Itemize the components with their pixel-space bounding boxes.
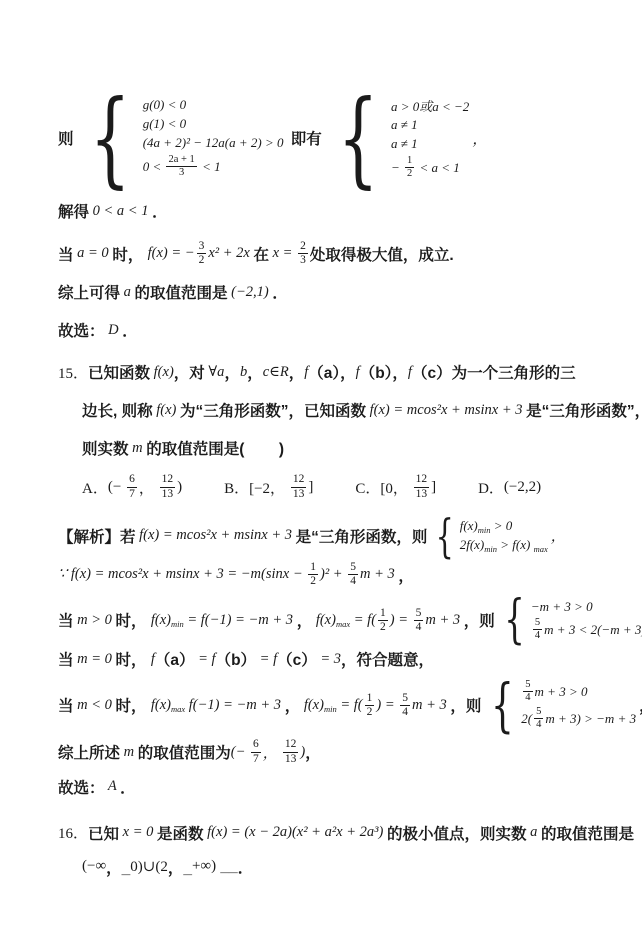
numerator: 5	[533, 617, 542, 630]
math-run: f(x)	[312, 612, 336, 629]
cases-rows: f(x)min > 0 2f(x)min > f(x) max	[460, 518, 548, 554]
text-run: 即有	[287, 127, 322, 149]
math-run: m + 3	[412, 697, 450, 714]
denominator: 7	[127, 488, 137, 501]
punct: ，	[472, 128, 487, 149]
fraction: 67	[251, 738, 261, 765]
math-run: m	[129, 440, 147, 457]
math-run: c∈R	[263, 364, 289, 381]
denominator: 13	[414, 488, 430, 501]
math-run: )² +	[320, 566, 346, 583]
math-run: < a < 1	[416, 160, 460, 176]
fraction: 32	[197, 240, 207, 267]
math-run: f(x) = mcos²x + msinx + 3	[136, 527, 296, 544]
math-run: = 3	[317, 651, 341, 668]
math-run: x =	[269, 245, 296, 262]
fraction: 12	[308, 561, 318, 588]
math-run: f(x)	[151, 697, 171, 714]
punct: ，	[289, 361, 305, 383]
math-run: 2(	[521, 711, 532, 727]
math-run: +∞)	[192, 858, 216, 875]
text-run: 当	[58, 609, 74, 631]
numerator: 6	[127, 473, 137, 487]
numerator: 1	[405, 155, 414, 168]
text-run: ，则	[464, 609, 495, 631]
math-run: = f	[195, 651, 216, 668]
math-run: f(x)	[153, 402, 180, 419]
text-run: 则实数	[82, 437, 129, 459]
text-run: 的取值范围为	[138, 741, 231, 763]
text-run: 故选：	[58, 776, 105, 798]
denominator: 4	[414, 621, 424, 634]
denominator: 2	[197, 254, 207, 267]
math-run: ∀a	[205, 364, 225, 381]
option-d: D． (−2,2)	[478, 477, 541, 498]
q15-analysis-line-5: 当 m < 0 时， f(x)max f(−1) = −m + 3 ， f(x)…	[58, 676, 614, 734]
math-run: = f(	[337, 697, 363, 714]
analysis-label: 【解析】若	[58, 525, 136, 547]
punct: ．	[238, 856, 254, 878]
math-run: −m + 3 > 0	[531, 599, 593, 615]
denominator: 4	[400, 706, 410, 719]
option-a: A． (− 67 ， 1213 )	[82, 473, 182, 500]
text-run: 综上可得	[58, 281, 120, 303]
option-b: B． [−2， 1213 ]	[224, 473, 313, 500]
math-run: > 0	[491, 518, 513, 534]
case-row: 54 m + 3 < 2(−m + 3)	[531, 617, 642, 642]
left-brace-icon: {	[89, 86, 130, 190]
left-brace-icon: {	[504, 594, 525, 646]
case-row: − 12 < a < 1	[391, 155, 469, 180]
cases-group: { 54 m + 3 > 0 2( 54 m + 3) > −m + 3	[484, 676, 636, 734]
math-run: 0)∪(2	[130, 857, 168, 876]
cases-rows: −m + 3 > 0 54 m + 3 < 2(−m + 3)	[531, 598, 642, 642]
punct: ．	[122, 319, 138, 341]
subscript: min	[478, 525, 491, 535]
text-run: 时，	[112, 243, 147, 265]
text-run: 已知函数	[88, 361, 150, 383]
fraction: 54	[400, 692, 410, 719]
numerator: 1	[308, 561, 318, 575]
text-run: 则	[58, 127, 74, 149]
sol14-range-line: 综上可得 a 的取值范围是 (−2,1) ．	[58, 281, 614, 303]
case-row: −m + 3 > 0	[531, 598, 642, 615]
math-run: x = 0	[119, 824, 157, 841]
case-row: g(1) < 0	[143, 116, 284, 133]
math-run: f(x) = −	[148, 245, 195, 262]
denominator: 7	[251, 753, 261, 766]
sol14-answer-line: 故选： D ．	[58, 319, 614, 341]
cases-group: { f(x)min > 0 2f(x)min > f(x) max	[430, 513, 547, 559]
text-run: 的取值范围是	[541, 822, 634, 844]
math-run: a	[526, 824, 541, 841]
denominator: 4	[533, 630, 542, 642]
numerator: 3	[197, 240, 207, 254]
text-run: 边长, 则称	[82, 399, 153, 421]
case-row: 2( 54 m + 3) > −m + 3	[521, 706, 636, 731]
q15-analysis-line-3: 当 m > 0 时， f(x)min = f(−1) = −m + 3 ， f(…	[58, 594, 614, 646]
denominator: 3	[298, 254, 308, 267]
denominator: 13	[291, 488, 307, 501]
math-run: (−	[231, 744, 249, 761]
denominator: 13	[283, 753, 299, 766]
denominator: 4	[348, 575, 358, 588]
option-label: B．	[224, 477, 249, 498]
cases-group-right: { a > 0或a < −2 a ≠ 1 a ≠ 1 − 12 < a < 1	[325, 86, 470, 190]
option-label: C．	[355, 477, 380, 498]
math-run: a	[120, 284, 135, 301]
text-run: （c）	[277, 648, 317, 670]
math-run: f(x)	[300, 697, 324, 714]
denominator: 4	[523, 692, 532, 704]
text-run: 的取值范围是	[135, 281, 228, 303]
answer-letter: D	[105, 322, 123, 339]
q15-answer-line: 故选： A ．	[58, 776, 614, 798]
case-row: (4a + 2)² − 12a(a + 2) > 0	[143, 135, 284, 152]
punct: ，	[305, 741, 321, 763]
fraction: 54	[534, 706, 543, 731]
q15-conclusion-line: 综上所述 m 的取值范围为 (− 67 ， 1213 ) ，	[58, 738, 614, 765]
text-run: 的极小值点，则实数	[387, 822, 527, 844]
numerator: 5	[534, 706, 543, 719]
sol14-cases-line: 则 { g(0) < 0 g(1) < 0 (4a + 2)² − 12a(a …	[58, 86, 614, 190]
math-run: < 1	[199, 159, 221, 175]
text-run: ，符合题意，	[341, 648, 434, 670]
text-run: 是“三角形函数，则	[296, 525, 428, 547]
text-run: 时，	[116, 609, 151, 631]
fraction: 54	[523, 679, 532, 704]
math-run: = f(	[350, 612, 376, 629]
fraction: 12	[405, 155, 414, 180]
text-run: （a）	[155, 648, 195, 670]
numerator: 1	[378, 607, 388, 621]
math-run: m + 3	[360, 566, 398, 583]
text-run: 时，	[116, 694, 151, 716]
math-run: m < 0	[74, 697, 116, 714]
subscript: min	[484, 544, 497, 554]
text-run: 当	[58, 648, 74, 670]
math-run: a = 0	[74, 245, 113, 262]
punct: ．	[272, 281, 288, 303]
cases-group: { −m + 3 > 0 54 m + 3 < 2(−m + 3)	[498, 594, 642, 646]
math-run: m + 3	[425, 612, 463, 629]
punct: ，	[224, 361, 240, 383]
math-run: ]	[431, 479, 436, 496]
answer-letter: A	[105, 778, 121, 795]
punct: ，	[263, 742, 281, 763]
case-row: a > 0或a < −2	[391, 96, 469, 115]
fraction: 12	[365, 692, 375, 719]
sol14-solve-line: 解得 0 < a < 1 ．	[58, 200, 614, 222]
text-run: 是“三角形函数”，	[526, 399, 642, 421]
subscript: max	[534, 544, 548, 554]
math-run: ) =	[390, 612, 412, 629]
math-run: (−2,2)	[504, 479, 541, 496]
fraction: 23	[298, 240, 308, 267]
math-run: [0，	[380, 477, 411, 498]
text-run: 处取得极大值，成立.	[310, 243, 454, 265]
sol14-case-a0-line: 当 a = 0 时， f(x) = − 32 x² + 2x 在 x = 23 …	[58, 240, 614, 267]
math-run: > f(x)	[497, 537, 534, 553]
numerator: 5	[348, 561, 358, 575]
math-run: f(x)	[460, 518, 478, 534]
case-row: 2f(x)min > f(x) max	[460, 537, 548, 554]
math-run: m = 0	[74, 651, 116, 668]
text-run: 为“三角形函数”，已知函数	[180, 399, 366, 421]
fraction: 67	[127, 473, 137, 500]
case-row: a ≠ 1	[391, 136, 469, 153]
math-run: f(x) = mcos²x + msinx + 3	[366, 402, 526, 419]
numerator: 12	[283, 738, 299, 752]
fraction: 1213	[414, 473, 430, 500]
math-run: g(0) < 0	[143, 97, 186, 113]
option-label: A．	[82, 477, 108, 498]
fraction: 1213	[283, 738, 299, 765]
case-row: f(x)min > 0	[460, 518, 548, 535]
math-run: = f(−1) = −m + 3	[184, 612, 297, 629]
math-run: m + 3) > −m + 3	[545, 711, 636, 727]
math-run: f(x) = (x − 2a)(x² + a²x + 2a³)	[204, 824, 387, 841]
math-run: )	[177, 479, 182, 496]
cases-rows: a > 0或a < −2 a ≠ 1 a ≠ 1 − 12 < a < 1	[391, 96, 469, 180]
denominator: 4	[534, 719, 543, 731]
q15-analysis-line-2: ∵ f(x) = mcos²x + msinx + 3 = −m(sinx − …	[58, 561, 614, 588]
numerator: 5	[523, 679, 532, 692]
answer-blank: ，_	[168, 856, 192, 878]
text-run: 的取值范围是( )	[146, 437, 284, 459]
math-run: 0 < a < 1	[89, 203, 152, 220]
denominator: 13	[160, 488, 176, 501]
q15-analysis-line-1: 【解析】若 f(x) = mcos²x + msinx + 3 是“三角形函数，…	[58, 513, 614, 559]
fraction: 54	[414, 607, 424, 634]
math-run: m > 0	[74, 612, 116, 629]
cases-rows: 54 m + 3 > 0 2( 54 m + 3) > −m + 3	[521, 679, 636, 731]
denominator: 2	[365, 706, 375, 719]
math-run: f(x)	[150, 364, 174, 381]
text-run: 是函数	[157, 822, 204, 844]
q15-options-row: A． (− 67 ， 1213 ) B． [−2， 1213 ] C． [0， …	[82, 473, 614, 500]
text-run: 当	[58, 243, 74, 265]
denominator: 2	[405, 168, 414, 180]
math-run: f(−1) = −m + 3	[185, 697, 285, 714]
punct: ．	[152, 200, 168, 222]
q15-stem-line-1: 15． 已知函数 f(x) ，对 ∀a ， b ， c∈R ， f （a）， f…	[58, 361, 614, 383]
math-run: m	[120, 744, 138, 761]
punct: ，	[398, 564, 414, 586]
math-run: (−∞	[82, 858, 106, 875]
fraction: 12	[378, 607, 388, 634]
punct: ，	[285, 694, 301, 716]
numerator: 2	[298, 240, 308, 254]
case-row: g(0) < 0	[143, 97, 284, 114]
math-run: −	[391, 160, 403, 176]
option-c: C． [0， 1213 ]	[355, 473, 436, 500]
math-run: a ≠ 1	[391, 136, 418, 152]
math-run: = f	[256, 651, 277, 668]
punct: ．	[120, 776, 136, 798]
numerator: 12	[414, 473, 430, 487]
text-run: （a），	[308, 361, 355, 383]
numerator: 5	[414, 607, 424, 621]
text-run: 解得	[58, 200, 89, 222]
cases-rows: g(0) < 0 g(1) < 0 (4a + 2)² − 12a(a + 2)…	[143, 97, 284, 179]
text-run: ，则	[450, 694, 481, 716]
fraction: 2a + 13	[166, 154, 196, 179]
option-label: D．	[478, 477, 504, 498]
math-run: f(x)	[151, 612, 171, 629]
left-brace-icon: {	[491, 676, 514, 734]
fraction: 1213	[291, 473, 307, 500]
subscript: min	[171, 619, 184, 629]
math-run: ]	[308, 479, 313, 496]
q15-analysis-line-4: 当 m = 0 时， f （a） = f （b） = f （c） = 3 ，符合…	[58, 648, 614, 670]
math-run: m + 3 > 0	[535, 684, 588, 700]
math-run: a ≠ 1	[391, 117, 418, 133]
numerator: 6	[251, 738, 261, 752]
text-run: 时，	[116, 648, 151, 670]
case-row: a ≠ 1	[391, 117, 469, 134]
text-run: 综上所述	[58, 741, 120, 763]
math-run: g(1) < 0	[143, 116, 186, 132]
fraction: 54	[348, 561, 358, 588]
denominator: 2	[378, 621, 388, 634]
subscript: max	[171, 704, 185, 714]
math-run: (−2,1)	[228, 284, 273, 301]
denominator: 3	[177, 167, 186, 179]
denominator: 2	[308, 575, 318, 588]
math-run: ∵ f(x) = mcos²x + msinx + 3 = −m(sinx −	[58, 566, 306, 583]
case-row: 0 < 2a + 13 < 1	[143, 154, 284, 179]
text-run: （b）	[216, 648, 256, 670]
q15-stem-line-3: 则实数 m 的取值范围是( )	[82, 437, 614, 459]
punct: ，	[139, 477, 158, 498]
math-run: ) =	[376, 697, 398, 714]
text-run: （b），	[360, 361, 408, 383]
math-run: b	[240, 364, 247, 381]
numerator: 5	[400, 692, 410, 706]
punct: ，	[247, 361, 263, 383]
answer-blank: ，_	[106, 856, 130, 878]
text-run: 当	[58, 694, 74, 716]
math-run: m + 3 < 2(−m + 3)	[544, 622, 642, 638]
subscript: max	[336, 619, 350, 629]
math-run: [−2，	[249, 477, 289, 498]
text-run: 在	[253, 243, 269, 265]
punct: ，	[551, 525, 566, 546]
numerator: 12	[291, 473, 307, 487]
math-run: 0 <	[143, 159, 165, 175]
numerator: 12	[160, 473, 176, 487]
left-brace-icon: {	[436, 513, 454, 559]
numerator: 2a + 1	[166, 154, 196, 167]
case-row: 54 m + 3 > 0	[521, 679, 636, 704]
text-run: 故选：	[58, 319, 105, 341]
answer-blank: __	[216, 858, 238, 876]
punct: ，	[297, 609, 313, 631]
math-run: a > 0或a < −2	[391, 96, 469, 115]
text-run: （c）为一个三角形的三	[412, 361, 576, 383]
math-run: x² + 2x	[208, 245, 253, 262]
punct: ，对	[174, 361, 205, 383]
left-brace-icon: {	[337, 86, 378, 190]
fraction: 1213	[160, 473, 176, 500]
q16-answer-line: (−∞ ，_ 0)∪(2 ，_ +∞) __ ．	[82, 856, 614, 878]
page: 则 { g(0) < 0 g(1) < 0 (4a + 2)² − 12a(a …	[0, 0, 642, 945]
math-run: 2f(x)	[460, 537, 485, 553]
question-number: 16．	[58, 822, 88, 843]
fraction: 54	[533, 617, 542, 642]
question-number: 15．	[58, 362, 88, 383]
subscript: min	[324, 704, 337, 714]
q15-stem-line-2: 边长, 则称 f(x) 为“三角形函数”，已知函数 f(x) = mcos²x …	[82, 399, 614, 421]
math-run: (4a + 2)² − 12a(a + 2) > 0	[143, 135, 284, 151]
numerator: 1	[365, 692, 375, 706]
math-run: (−	[108, 479, 125, 496]
cases-group-left: { g(0) < 0 g(1) < 0 (4a + 2)² − 12a(a + …	[77, 86, 284, 190]
q16-stem-line-1: 16． 已知 x = 0 是函数 f(x) = (x − 2a)(x² + a²…	[58, 822, 614, 844]
text-run: 已知	[88, 822, 119, 844]
